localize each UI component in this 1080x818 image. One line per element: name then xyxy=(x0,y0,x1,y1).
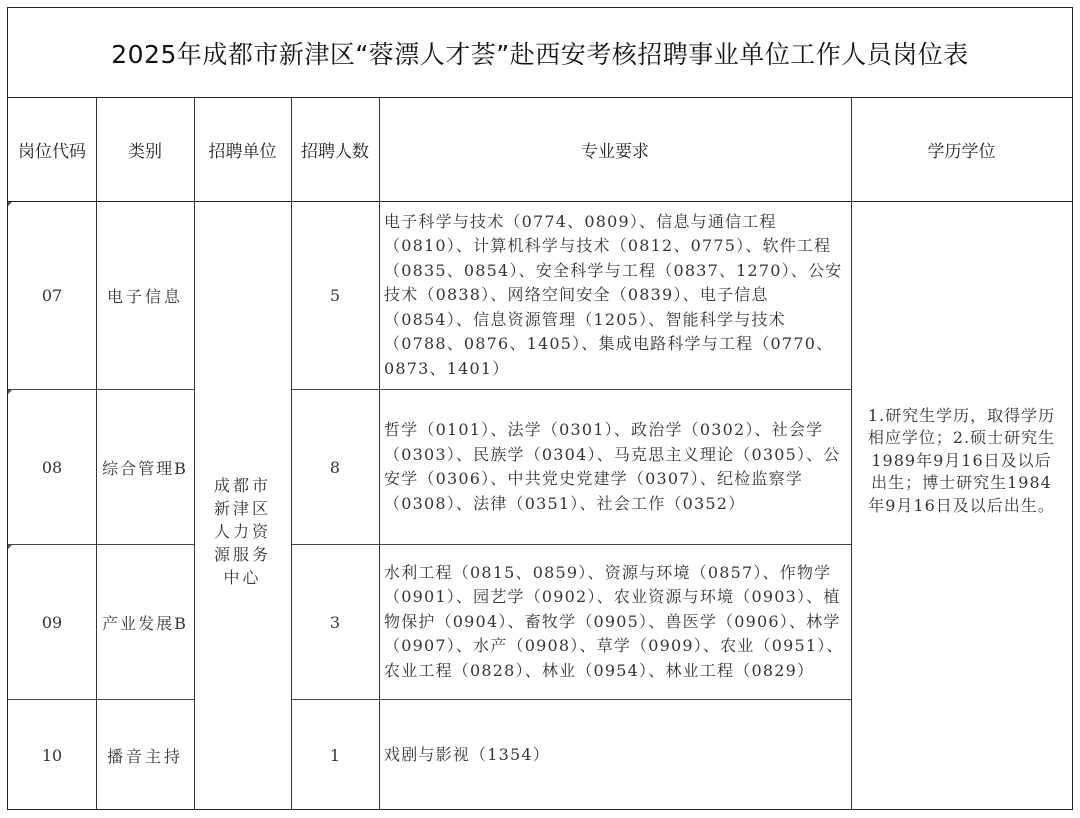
header-major-requirements: 专业要求 xyxy=(379,98,851,201)
row-07-majors-text: 电子科学与技术（0774、0809）、信息与通信工程（0810）、计算机科学与技… xyxy=(384,210,845,382)
header-recruiting-unit: 招聘单位 xyxy=(194,98,291,201)
row-07-count: 5 xyxy=(291,202,379,389)
row-10-majors: 戏剧与影视（1354） xyxy=(379,700,851,810)
row-07-majors: 电子科学与技术（0774、0809）、信息与通信工程（0810）、计算机科学与技… xyxy=(379,202,851,389)
row-09-code: 09 xyxy=(8,545,96,699)
row-09-count: 3 xyxy=(291,545,379,699)
education-requirement: 1.研究生学历，取得学历相应学位；2.硕士研究生1989年9月16日及以后出生；… xyxy=(851,202,1072,810)
row-10-code: 10 xyxy=(8,700,96,810)
row-08-code: 08 xyxy=(8,390,96,544)
row-09-majors-text: 水利工程（0815、0859）、资源与环境（0857）、作物学（0901）、园艺… xyxy=(384,561,845,684)
row-07-code: 07 xyxy=(8,202,96,389)
row-10-count: 1 xyxy=(291,700,379,810)
header-education-degree: 学历学位 xyxy=(851,98,1072,201)
row-09-majors: 水利工程（0815、0859）、资源与环境（0857）、作物学（0901）、园艺… xyxy=(379,545,851,699)
header-position-code: 岗位代码 xyxy=(8,98,96,201)
row-08-count: 8 xyxy=(291,390,379,544)
recruiting-unit: 成都市新津区人力资源服务中心 xyxy=(194,202,291,810)
row-08-majors: 哲学（0101）、法学（0301）、政治学（0302）、社会学（0303）、民族… xyxy=(379,390,851,544)
row-09-category: 产业发展B xyxy=(96,545,194,699)
table-title: 2025年成都市新津区“蓉漂人才荟”赴西安考核招聘事业单位工作人员岗位表 xyxy=(8,8,1072,98)
position-table: 2025年成都市新津区“蓉漂人才荟”赴西安考核招聘事业单位工作人员岗位表 岗位代… xyxy=(7,7,1073,810)
row-08-majors-text: 哲学（0101）、法学（0301）、政治学（0302）、社会学（0303）、民族… xyxy=(384,418,845,516)
header-category: 类别 xyxy=(96,98,194,201)
row-08-category: 综合管理B xyxy=(96,390,194,544)
row-07-category: 电子信息 xyxy=(96,202,194,389)
header-headcount: 招聘人数 xyxy=(291,98,379,201)
row-10-category: 播音主持 xyxy=(96,700,194,810)
row-10-majors-text: 戏剧与影视（1354） xyxy=(384,743,550,768)
